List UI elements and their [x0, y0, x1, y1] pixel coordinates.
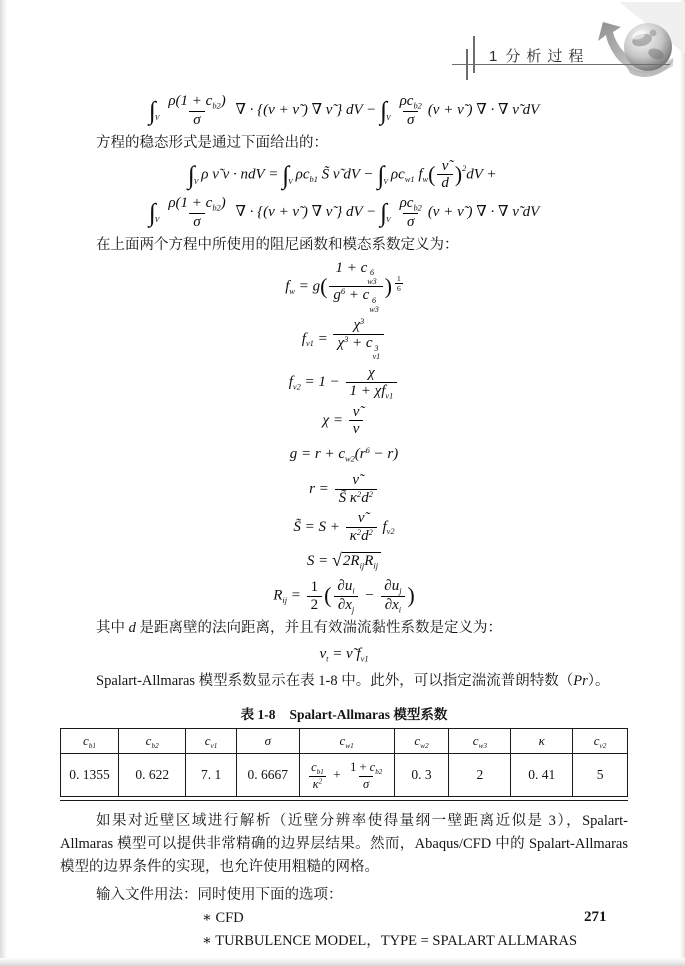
- equation-s: S = √2RijRij: [60, 552, 628, 571]
- document-page: 1分析过程 ∫Vρ(1 + cb2)σ ∇ · {(ν + ν̃ ) ∇ ν̃ …: [0, 0, 685, 966]
- equation-r: r = ν̃S̃ κ2d2: [60, 472, 628, 507]
- page-edge-shadow-left: [0, 0, 7, 966]
- coef-header-cell: cw2: [394, 729, 449, 754]
- coef-value-cell: 0. 3: [394, 754, 449, 797]
- wall-distance-text-post: 是距离壁的法向距离，并且有效湍流黏性系数是定义为：: [136, 620, 502, 636]
- coefficients-table: cb1cb2cv1σcw1cw2cw3κcv20. 13550. 6227. 1…: [60, 728, 628, 801]
- equation-steady-form-line2: ∫Vρ(1 + cb2)σ ∇ · {(ν + ν̃ ) ∇ ν̃ } dV −…: [60, 195, 628, 231]
- coef-header-cell: cb2: [119, 729, 186, 754]
- coef-header-cell: κ: [511, 729, 573, 754]
- equation-nu-t: νt = ν̃ fv1: [60, 646, 628, 664]
- coefficients-table-body: cb1cb2cv1σcw1cw2cw3κcv20. 13550. 6227. 1…: [61, 729, 628, 797]
- equation-transport-diffusion-terms: ∫Vρ(1 + cb2)σ ∇ · {(ν + ν̃ ) ∇ ν̃ } dV −…: [60, 93, 628, 129]
- table-caption: 表 1-8Spalart-Allmaras 模型系数: [60, 703, 628, 723]
- coef-header-cell: cw3: [449, 729, 511, 754]
- keyword-option-cfd: ∗ CFD: [60, 907, 628, 930]
- page-edge-shadow-right: [680, 0, 685, 966]
- variable-d: d: [129, 620, 136, 636]
- coef-value-cell: 0. 622: [119, 754, 186, 797]
- coef-header-cell: cv1: [186, 729, 236, 754]
- input-file-usage-text: 同时使用下面的选项：: [198, 887, 343, 903]
- coef-value-cell: 5: [573, 754, 628, 797]
- paragraph-near-wall: 如果对近壁区域进行解析（近壁分辨率使得量纲一壁距离近似是 3），Spalart-…: [60, 810, 628, 879]
- coef-header-cell: σ: [236, 729, 299, 754]
- coef-header-cell: cb1: [61, 729, 119, 754]
- header-rule-vertical-tall: [473, 36, 475, 73]
- variable-pr: Pr: [573, 673, 588, 689]
- coef-value-cell: 0. 1355: [61, 754, 119, 797]
- table-caption-label: 表 1-8: [241, 707, 276, 722]
- coef-value-cell: 2: [449, 754, 511, 797]
- equation-fv2: fv2 = 1 − χ1 + χfv1: [60, 365, 628, 401]
- input-file-usage-label: 输入文件用法：: [96, 887, 198, 903]
- page-content: ∫Vρ(1 + cb2)σ ∇ · {(ν + ν̃ ) ∇ ν̃ } dV −…: [60, 90, 628, 953]
- equation-chi: χ = ν̃ν: [60, 404, 628, 439]
- globe-logo-icon: [585, 2, 685, 88]
- coefficients-text-post: ）。: [588, 673, 610, 689]
- coef-value-cell: 7. 1: [186, 754, 236, 797]
- equation-s-tilde: S̃ = S + ν̃κ2d2 fv2: [60, 510, 628, 545]
- equation-fv1: fv1 = χ3χ3 + c3v1: [60, 317, 628, 362]
- chapter-title: 1分析过程: [489, 45, 589, 66]
- table-caption-title: Spalart-Allmaras 模型系数: [290, 707, 448, 722]
- coef-value-cell: 0. 6667: [236, 754, 299, 797]
- chapter-title-text: 分析过程: [505, 48, 589, 65]
- page-edge-shadow-bottom: [0, 958, 685, 966]
- header-rule-vertical-short: [466, 49, 468, 80]
- coef-value-cell: cb1κ2 + 1 + cb2σ: [299, 754, 394, 797]
- paragraph-steady-intro: 方程的稳态形式是通过下面给出的：: [60, 132, 628, 155]
- equation-steady-form-line1: ∫Vρ ν̃ v · ndV = ∫Vρcb1 S̃ ν̃ dV − ∫Vρcw…: [60, 158, 628, 193]
- equation-g: g = r + cw2(r6 − r): [60, 446, 628, 464]
- equation-fw: fw = g(1 + c6w3g6 + c6w3)16: [60, 260, 628, 314]
- coef-header-cell: cv2: [573, 729, 628, 754]
- wall-distance-text-pre: 其中: [96, 620, 129, 636]
- keyword-option-turbulence-model: ∗ TURBULENCE MODEL，TYPE = SPALART ALLMAR…: [60, 930, 628, 953]
- page-number: 271: [584, 909, 607, 926]
- paragraph-coefficients: Spalart-Allmaras 模型系数显示在表 1-8 中。此外，可以指定湍…: [60, 670, 628, 693]
- chapter-number: 1: [489, 48, 497, 65]
- paragraph-damping-intro: 在上面两个方程中所使用的阻尼函数和模态系数定义为：: [60, 234, 628, 257]
- paragraph-wall-distance: 其中 d 是距离壁的法向距离，并且有效湍流黏性系数是定义为：: [60, 617, 628, 640]
- coef-value-cell: 0. 41: [511, 754, 573, 797]
- equation-rij: Rij = 12(∂ui∂xj − ∂uj∂xi): [60, 578, 628, 615]
- input-file-usage-line: 输入文件用法：同时使用下面的选项：: [60, 884, 628, 907]
- coef-header-cell: cw1: [299, 729, 394, 754]
- coefficients-text-pre: Spalart-Allmaras 模型系数显示在表 1-8 中。此外，可以指定湍…: [96, 673, 573, 689]
